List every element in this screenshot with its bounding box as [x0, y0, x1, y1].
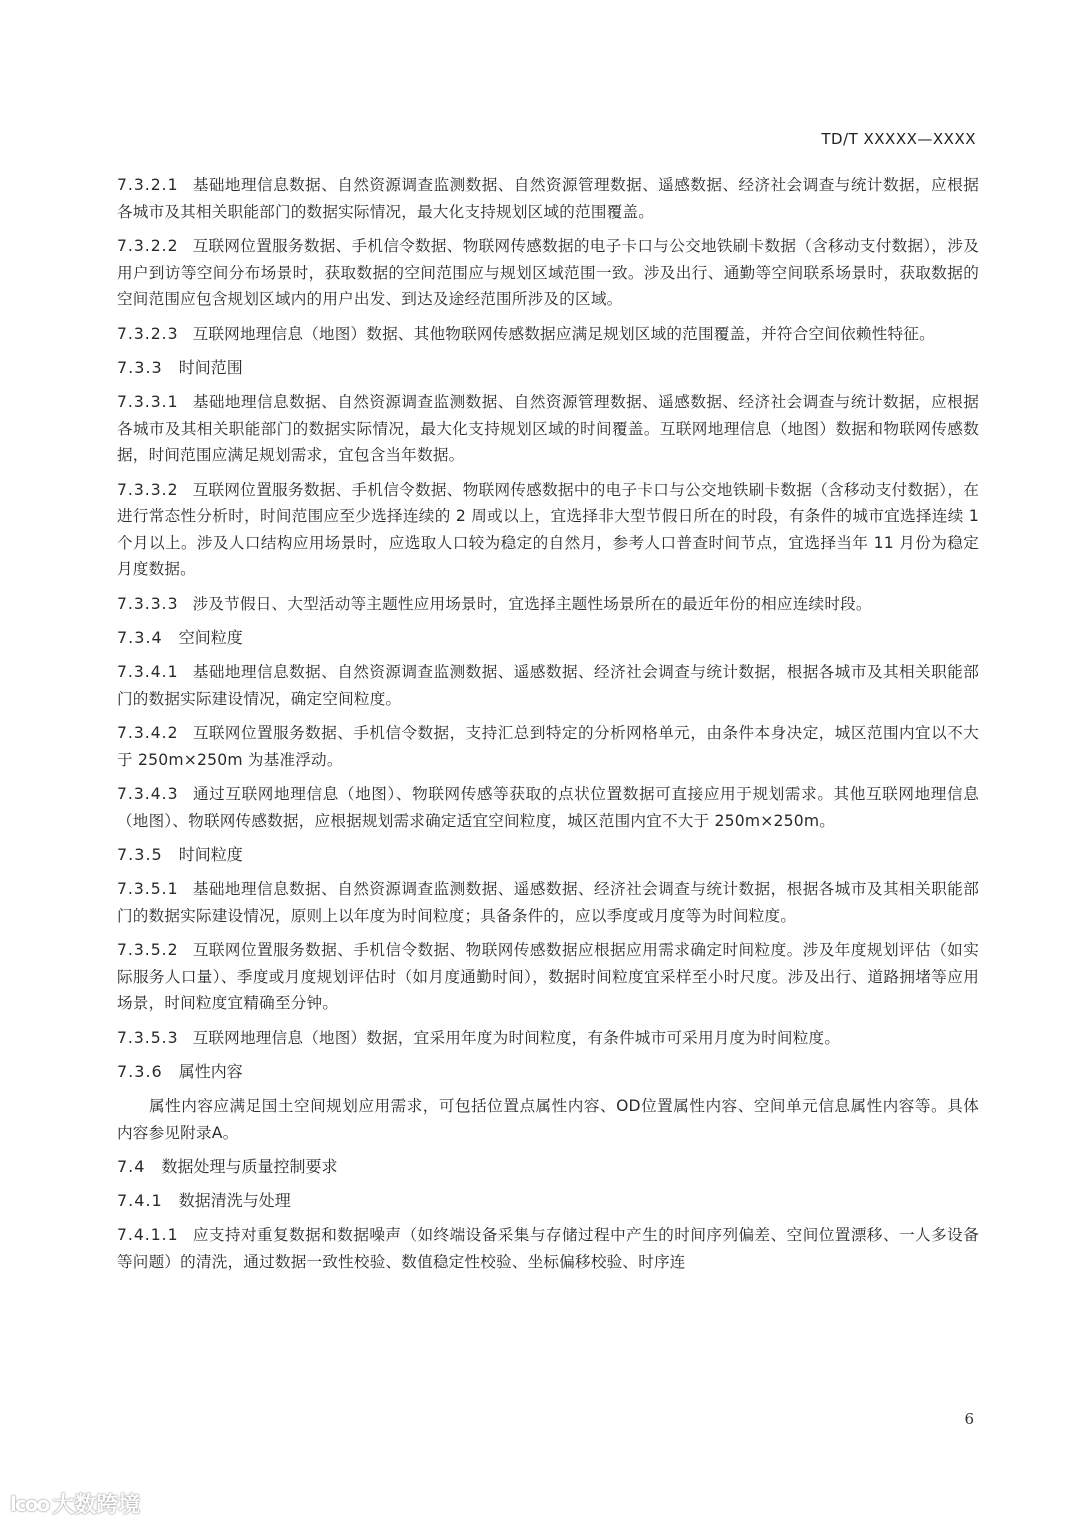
page-number: 6 [964, 1410, 974, 1428]
document-body: 7.3.2.1基础地理信息数据、自然资源调查监测数据、自然资源管理数据、遥感数据… [117, 172, 979, 1283]
clause-7-3-2-3: 7.3.2.3互联网地理信息（地图）数据、其他物联网传感数据应满足规划区域的范围… [117, 321, 979, 348]
clause-7-3-2-1: 7.3.2.1基础地理信息数据、自然资源调查监测数据、自然资源管理数据、遥感数据… [117, 172, 979, 225]
clause-7-3-5-2: 7.3.5.2互联网位置服务数据、手机信令数据、物联网传感数据应根据应用需求确定… [117, 937, 979, 1017]
section-heading-7-4-1: 7.4.1数据清洗与处理 [117, 1188, 979, 1214]
attribute-content-paragraph: 属性内容应满足国土空间规划应用需求，可包括位置点属性内容、OD位置属性内容、空间… [117, 1093, 979, 1146]
document-page: TD/T XXXXX—XXXX 7.3.2.1基础地理信息数据、自然资源调查监测… [0, 0, 1080, 1527]
clause-7-3-3-3: 7.3.3.3涉及节假日、大型活动等主题性应用场景时，宜选择主题性场景所在的最近… [117, 591, 979, 618]
section-heading-7-3-4: 7.3.4空间粒度 [117, 625, 979, 651]
clause-7-3-4-1: 7.3.4.1基础地理信息数据、自然资源调查监测数据、遥感数据、经济社会调查与统… [117, 659, 979, 712]
section-heading-7-3-5: 7.3.5时间粒度 [117, 842, 979, 868]
clause-7-3-5-1: 7.3.5.1基础地理信息数据、自然资源调查监测数据、遥感数据、经济社会调查与统… [117, 876, 979, 929]
clause-7-3-3-2: 7.3.3.2互联网位置服务数据、手机信令数据、物联网传感数据中的电子卡口与公交… [117, 477, 979, 583]
clause-7-4-1-1: 7.4.1.1应支持对重复数据和数据噪声（如终端设备采集与存储过程中产生的时间序… [117, 1222, 979, 1275]
clause-7-3-4-2: 7.3.4.2互联网位置服务数据、手机信令数据，支持汇总到特定的分析网格单元，由… [117, 720, 979, 773]
section-heading-7-3-6: 7.3.6属性内容 [117, 1059, 979, 1085]
section-heading-7-3-3: 7.3.3时间范围 [117, 355, 979, 381]
clause-7-3-5-3: 7.3.5.3互联网地理信息（地图）数据，宜采用年度为时间粒度，有条件城市可采用… [117, 1025, 979, 1052]
section-heading-7-4: 7.4数据处理与质量控制要求 [117, 1154, 979, 1180]
clause-7-3-2-2: 7.3.2.2互联网位置服务数据、手机信令数据、物联网传感数据的电子卡口与公交地… [117, 233, 979, 313]
clause-7-3-3-1: 7.3.3.1基础地理信息数据、自然资源调查监测数据、自然资源管理数据、遥感数据… [117, 389, 979, 469]
document-code: TD/T XXXXX—XXXX [821, 130, 976, 148]
watermark-logo-icon: lcoo [10, 1492, 48, 1516]
clause-7-3-4-3: 7.3.4.3通过互联网地理信息（地图）、物联网传感等获取的点状位置数据可直接应… [117, 781, 979, 834]
watermark-text: 大数跨境 [52, 1488, 140, 1519]
watermark: lcoo 大数跨境 [10, 1488, 140, 1519]
